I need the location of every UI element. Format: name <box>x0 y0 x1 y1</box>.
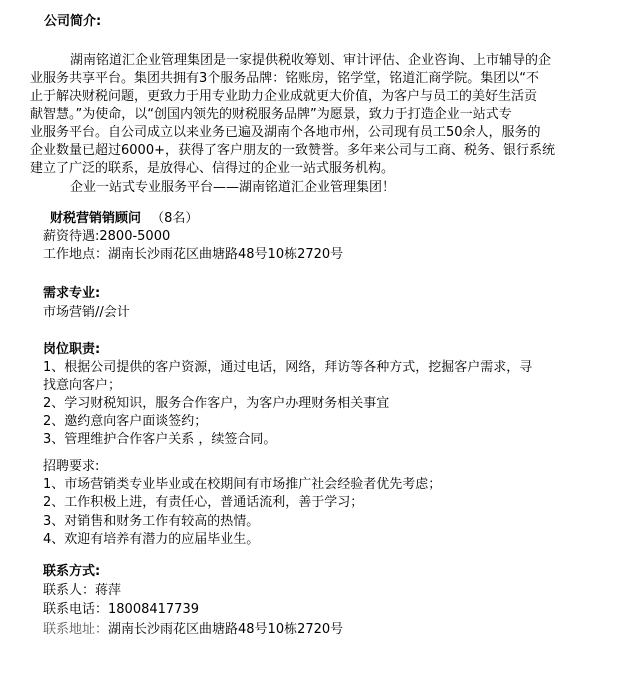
requirement-item: 3、对销售和财务工作有较高的热情。 <box>43 513 259 531</box>
duty-item: 2、邀约意向客户面谈签约； <box>43 413 207 431</box>
contact-address: 湖南长沙雨花区曲塘路48号10栋2720号 <box>108 622 343 637</box>
major-heading: 需求专业: <box>43 285 100 303</box>
contact-phone: 联系电话：18008417739 <box>43 601 199 619</box>
intro-line: 业服务共享平台。集团共拥有3个服务品牌：铭账房，铭学堂，铭道汇商学院。集团以“不 <box>30 70 539 88</box>
intro-line: 业服务平台。自公司成立以来业务已遍及湖南个各地市州，公司现有员工50余人，服务的 <box>30 124 541 142</box>
duty-item: 找意向客户； <box>43 377 121 395</box>
position-title-row: 财税营销销顾问 （8名） <box>50 210 198 228</box>
contact-person: 联系人：蒋萍 <box>43 582 121 600</box>
major-value: 市场营销//会计 <box>43 304 130 322</box>
work-location: 工作地点：湖南长沙雨花区曲塘路48号10栋2720号 <box>43 246 343 264</box>
requirements-heading: 招聘要求: <box>43 458 99 476</box>
intro-line: 建立了广泛的联系，是放得心、信得过的企业一站式服务机构。 <box>30 160 394 178</box>
intro-line: 止于解决财税问题，更致力于用专业助力企业成就更大价值，为客户与员工的美好生活贡 <box>30 88 537 106</box>
position-headcount: （8名） <box>151 211 198 226</box>
duty-item: 3、管理维护合作客户关系 ，续签合同。 <box>43 431 276 449</box>
intro-line: 湖南铭道汇企业管理集团是一家提供税收筹划、审计评估、企业咨询、上市辅导的企 <box>70 52 551 70</box>
salary: 薪资待遇:2800-5000 <box>43 228 170 246</box>
duty-item: 1、根据公司提供的客户资源，通过电话，网络，拜访等各种方式，挖掘客户需求，寻 <box>43 359 532 377</box>
requirement-item: 2、工作积极上进，有责任心，普通话流利，善于学习； <box>43 494 363 512</box>
duties-heading: 岗位职责: <box>43 341 100 359</box>
intro-line: 企业数量已超过6000+，获得了客户朋友的一致赞誉。多年来公司与工商、税务、银行… <box>30 142 555 160</box>
duty-item: 2、学习财税知识，服务合作客户，为客户办理财务相关事宜 <box>43 395 389 413</box>
contact-address-label: 联系地址： <box>43 622 108 637</box>
requirement-item: 4、欢迎有培养有潜力的应届毕业生。 <box>43 531 259 549</box>
company-slogan: 企业一站式专业服务平台——湖南铭道汇企业管理集团！ <box>70 179 395 197</box>
company-intro-heading: 公司简介: <box>44 13 101 31</box>
position-title: 财税营销销顾问 <box>50 211 141 226</box>
intro-line: 献智慧。”为使命，以“创国内领先的财税服务品牌”为愿景，致力于打造企业一站式专 <box>30 106 512 124</box>
contact-address-row: 联系地址：湖南长沙雨花区曲塘路48号10栋2720号 <box>43 621 343 639</box>
requirement-item: 1、市场营销类专业毕业或在校期间有市场推广社会经验者优先考虑； <box>43 476 441 494</box>
contact-heading: 联系方式: <box>43 563 100 581</box>
